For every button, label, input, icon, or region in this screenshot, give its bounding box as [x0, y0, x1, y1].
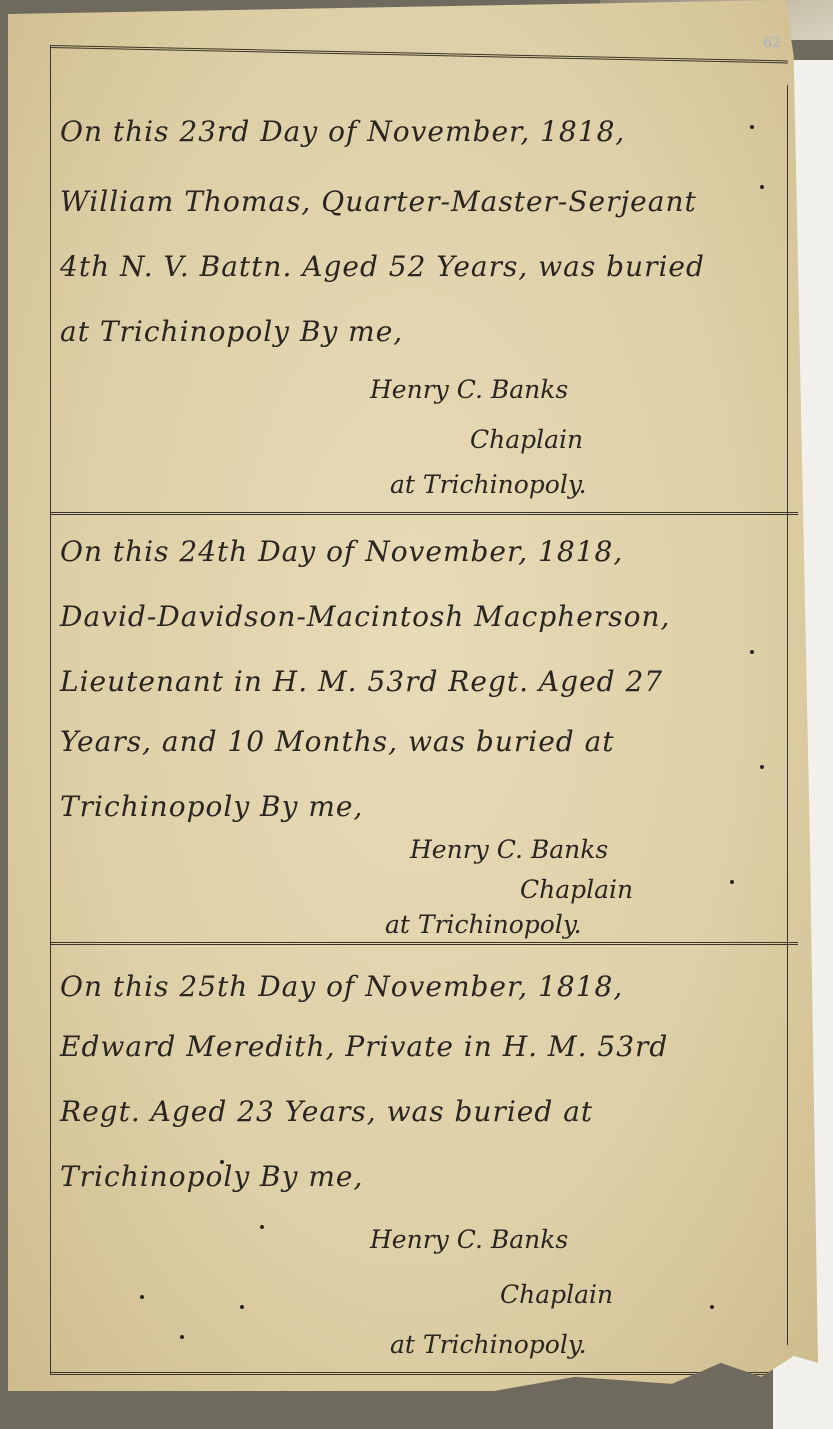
signature-title: Chaplain: [500, 1280, 613, 1309]
entry-line: Trichinopoly By me,: [60, 1160, 363, 1193]
ink-speck: [240, 1305, 244, 1309]
ink-speck: [730, 880, 734, 884]
ink-speck: [710, 1305, 714, 1309]
ink-speck: [180, 1335, 184, 1339]
entry-line: David-Davidson-Macintosh Macpherson,: [60, 600, 670, 633]
ink-speck: [760, 185, 764, 189]
register-page: 62 On this 23rd Day of November, 1818, W…: [8, 0, 818, 1405]
signature-name: Henry C. Banks: [370, 1225, 568, 1254]
entry-line: On this 24th Day of November, 1818,: [60, 535, 623, 568]
entry-line: Regt. Aged 23 Years, was buried at: [60, 1095, 593, 1128]
signature-place: at Trichinopoly.: [390, 470, 587, 499]
entry-line: 4th N. V. Battn. Aged 52 Years, was buri…: [60, 250, 705, 283]
entry-line: Edward Meredith, Private in H. M. 53rd: [60, 1030, 668, 1063]
entry-line: Years, and 10 Months, was buried at: [60, 725, 615, 758]
signature-name: Henry C. Banks: [410, 835, 608, 864]
ink-speck: [750, 125, 754, 129]
signature-name: Henry C. Banks: [370, 375, 568, 404]
ink-speck: [760, 765, 764, 769]
signature-title: Chaplain: [470, 425, 583, 454]
signature-place: at Trichinopoly.: [385, 910, 582, 939]
burial-entry: On this 23rd Day of November, 1818, Will…: [50, 75, 788, 515]
entry-line: On this 25th Day of November, 1818,: [60, 970, 623, 1003]
entry-line: Trichinopoly By me,: [60, 790, 363, 823]
signature-title: Chaplain: [520, 875, 633, 904]
burial-entry: On this 24th Day of November, 1818, Davi…: [50, 515, 788, 945]
ink-speck: [220, 1160, 224, 1164]
entry-line: Lieutenant in H. M. 53rd Regt. Aged 27: [60, 665, 663, 698]
signature-place: at Trichinopoly.: [390, 1330, 587, 1359]
entry-line: at Trichinopoly By me,: [60, 315, 403, 348]
ink-speck: [260, 1225, 264, 1229]
ink-speck: [140, 1295, 144, 1299]
top-rule: [50, 45, 788, 63]
burial-entry: On this 25th Day of November, 1818, Edwa…: [50, 945, 788, 1375]
ruled-frame: On this 23rd Day of November, 1818, Will…: [50, 45, 788, 1375]
entry-line: William Thomas, Quarter-Master-Serjeant: [60, 185, 697, 218]
entry-line: On this 23rd Day of November, 1818,: [60, 115, 625, 148]
ink-speck: [750, 650, 754, 654]
